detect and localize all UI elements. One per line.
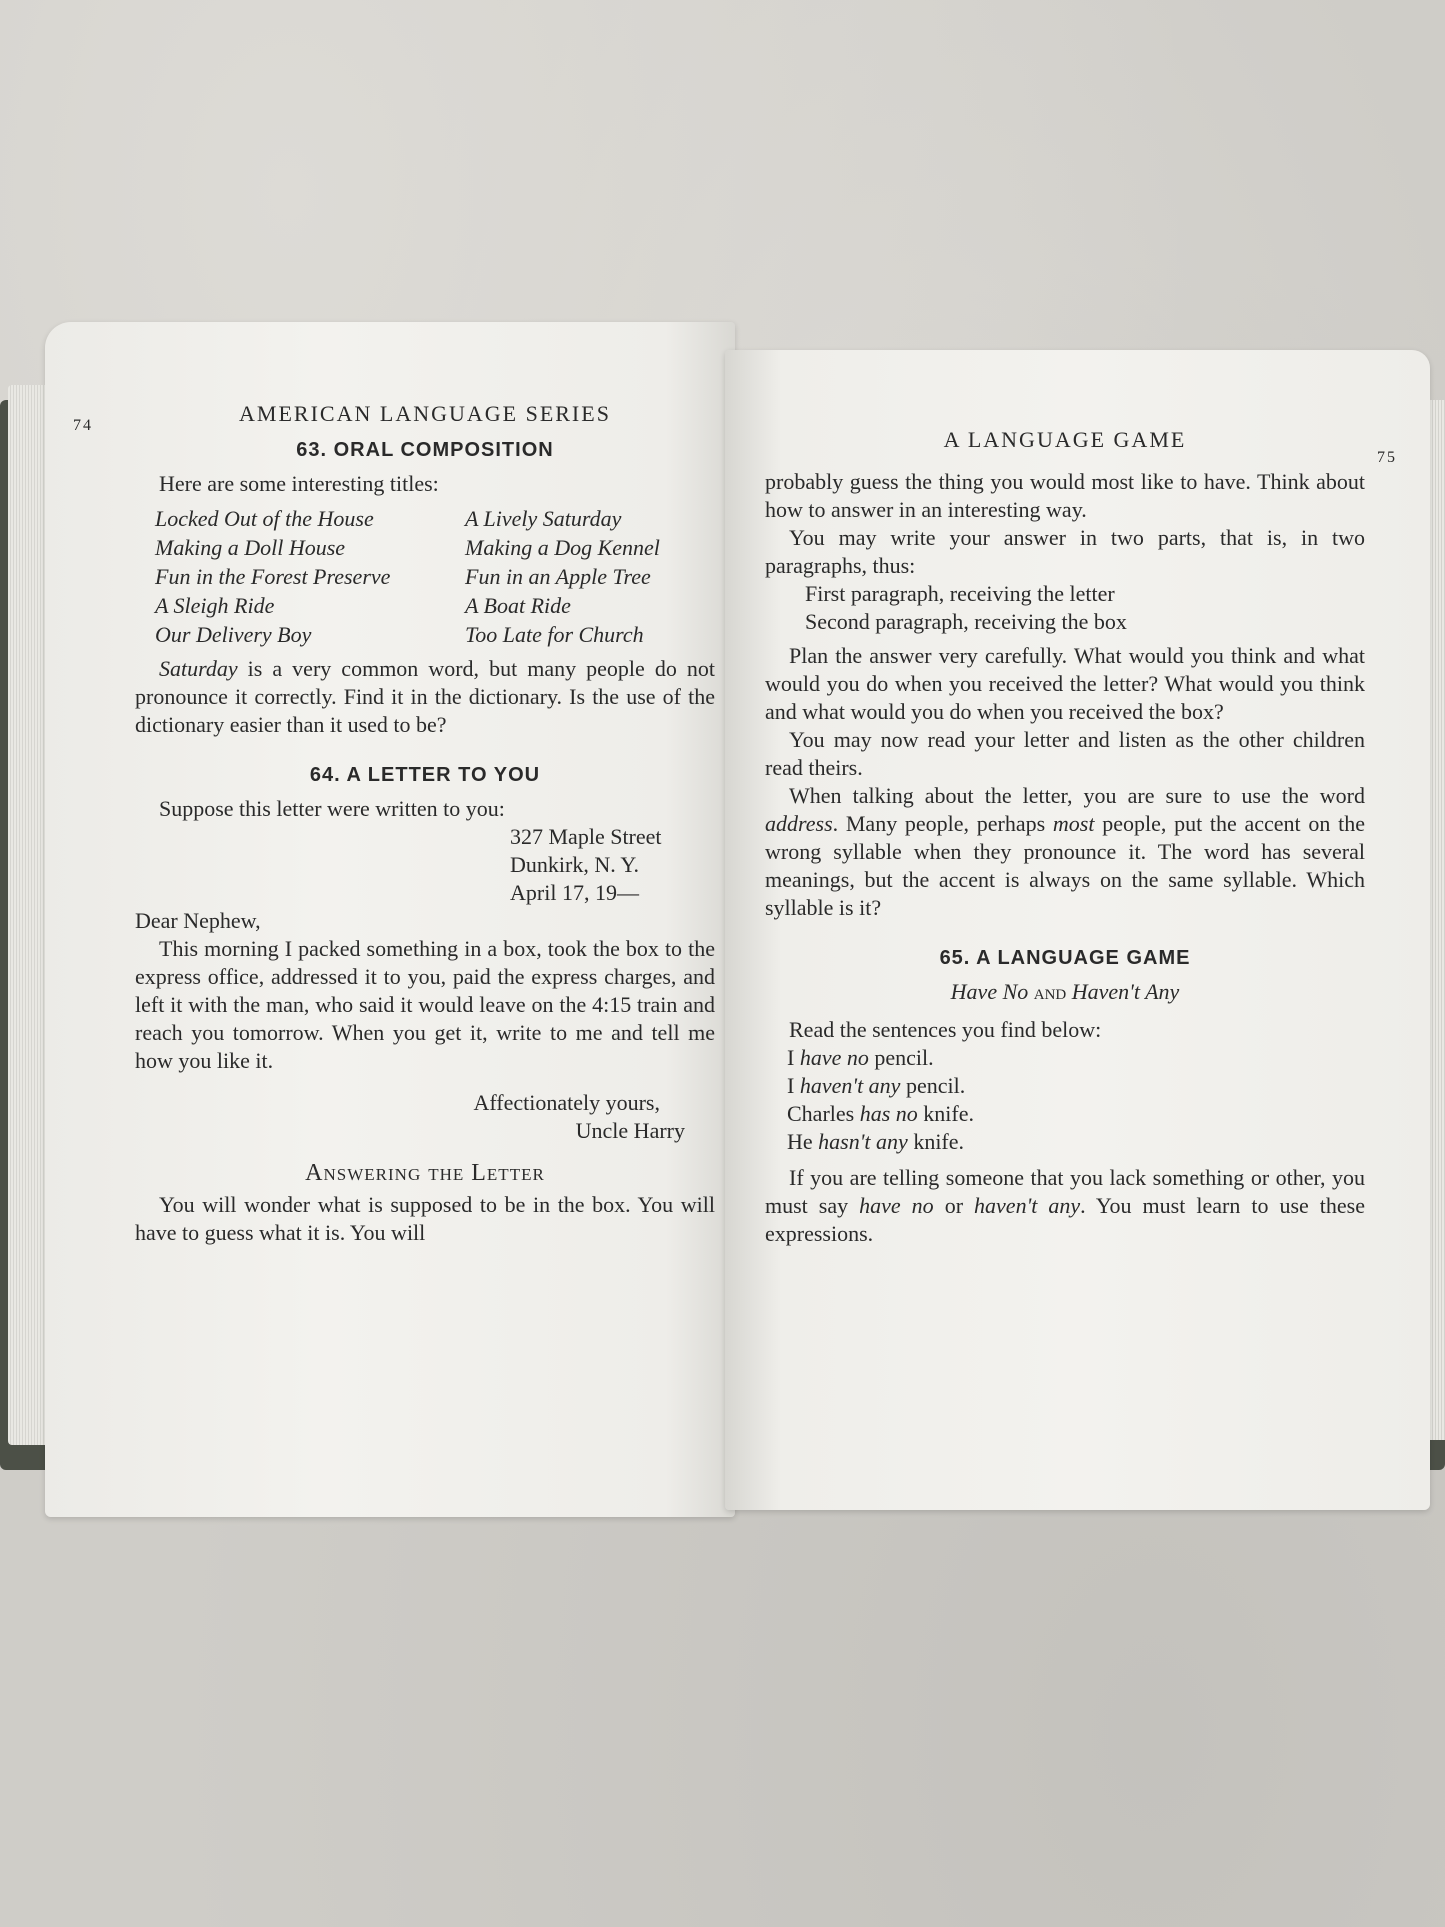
right-page: A LANGUAGE GAME 75 probably guess the th… [725, 350, 1430, 1510]
letter-closing: Affectionately yours, Uncle Harry [135, 1089, 715, 1145]
title-item: Our Delivery Boy [155, 620, 465, 649]
example-sentences: I have no pencil. I haven't any pencil. … [787, 1044, 1365, 1156]
paragraph: probably guess the thing you would most … [765, 468, 1365, 524]
paragraph: You may now read your letter and listen … [765, 726, 1365, 782]
title-item: Locked Out of the House [155, 504, 465, 533]
example-sentence: Charles has no knife. [787, 1100, 1365, 1128]
letter-signature: Uncle Harry [135, 1117, 685, 1145]
paragraph: Saturday is a very common word, but many… [135, 655, 715, 739]
section-subtitle: Have No and Haven't Any [765, 978, 1365, 1006]
running-head: 74 AMERICAN LANGUAGE SERIES [135, 400, 715, 428]
title-item: A Sleigh Ride [155, 591, 465, 620]
title-item: Fun in an Apple Tree [465, 562, 735, 591]
paragraph: You will wonder what is supposed to be i… [135, 1191, 715, 1247]
paragraph: Here are some interesting titles: [135, 470, 715, 498]
paragraph: You may write your answer in two parts, … [765, 524, 1365, 580]
title-item: Too Late for Church [465, 620, 735, 649]
paragraph-list: First paragraph, receiving the letter Se… [805, 580, 1365, 636]
paragraph: Suppose this letter were written to you: [135, 795, 715, 823]
running-head-text: AMERICAN LANGUAGE SERIES [239, 401, 611, 426]
left-page-content: 74 AMERICAN LANGUAGE SERIES 63. ORAL COM… [135, 400, 715, 1247]
running-head-text: A LANGUAGE GAME [944, 427, 1187, 452]
example-sentence: He hasn't any knife. [787, 1128, 1365, 1156]
title-item: A Boat Ride [465, 591, 735, 620]
left-page: 74 AMERICAN LANGUAGE SERIES 63. ORAL COM… [45, 322, 735, 1517]
letter-salutation: Dear Nephew, [135, 907, 715, 935]
paragraph: Read the sentences you find below: [765, 1016, 1365, 1044]
paragraph: Plan the answer very carefully. What wou… [765, 642, 1365, 726]
italic-word: Saturday [159, 656, 238, 681]
letter-address: 327 Maple Street Dunkirk, N. Y. April 17… [510, 823, 715, 907]
title-item: Fun in the Forest Preserve [155, 562, 465, 591]
titles-list: Locked Out of the House A Lively Saturda… [155, 504, 715, 649]
running-head: A LANGUAGE GAME 75 [765, 426, 1365, 454]
paragraph: When talking about the letter, you are s… [765, 782, 1365, 922]
title-item: A Lively Saturday [465, 504, 735, 533]
section-title: 64. A LETTER TO YOU [135, 761, 715, 789]
subsection-heading: Answering the Letter [135, 1159, 715, 1187]
example-sentence: I have no pencil. [787, 1044, 1365, 1072]
letter-body: This morning I packed something in a box… [135, 935, 715, 1075]
right-page-content: A LANGUAGE GAME 75 probably guess the th… [765, 426, 1365, 1248]
paragraph: If you are telling someone that you lack… [765, 1164, 1365, 1248]
page-number: 75 [1377, 444, 1397, 472]
page-number: 74 [73, 412, 93, 440]
section-title: 63. ORAL COMPOSITION [135, 436, 715, 464]
section-title: 65. A LANGUAGE GAME [765, 944, 1365, 972]
title-item: Making a Dog Kennel [465, 533, 735, 562]
title-item: Making a Doll House [155, 533, 465, 562]
example-sentence: I haven't any pencil. [787, 1072, 1365, 1100]
